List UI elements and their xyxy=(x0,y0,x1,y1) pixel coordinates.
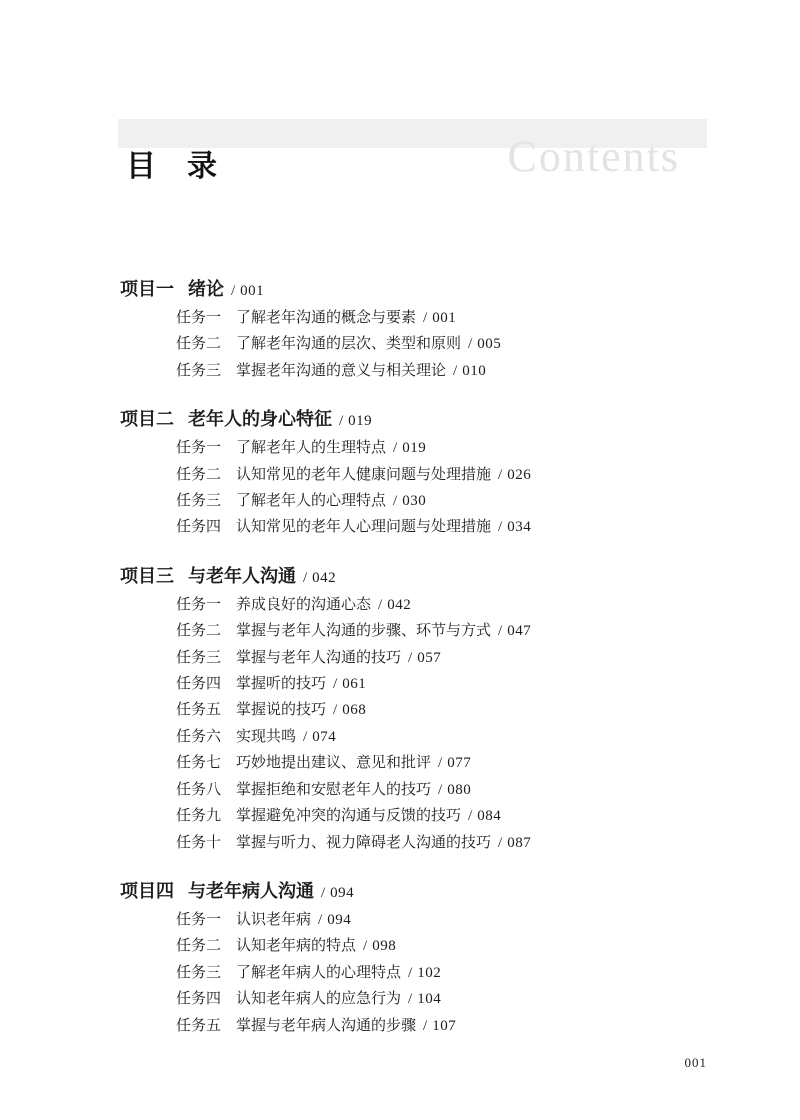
task-title: 掌握拒绝和安慰老年人的技巧 xyxy=(236,781,431,798)
task-page-number: 042 xyxy=(387,597,411,613)
task-page-number: 098 xyxy=(372,938,396,954)
task-label: 任务二 xyxy=(176,937,221,954)
task-page-number: 084 xyxy=(477,808,501,824)
task-page-number: 104 xyxy=(417,991,441,1007)
section-row: 项目二老年人的身心特征/019 xyxy=(120,406,720,435)
task-row: 任务一养成良好的沟通心态/042 xyxy=(120,592,720,618)
page-separator: / xyxy=(423,1018,427,1034)
section-label: 项目三 xyxy=(120,566,174,586)
section-label: 项目一 xyxy=(120,279,174,299)
task-title: 掌握与老年人沟通的步骤、环节与方式 xyxy=(236,622,491,639)
page-separator: / xyxy=(231,283,235,299)
page-separator: / xyxy=(423,310,427,326)
section-page-number: 001 xyxy=(240,283,264,299)
page-separator: / xyxy=(438,755,442,771)
task-title: 掌握说的技巧 xyxy=(236,701,326,718)
page-separator: / xyxy=(363,938,367,954)
page-separator: / xyxy=(438,782,442,798)
task-row: 任务五掌握与老年病人沟通的步骤/107 xyxy=(120,1013,720,1039)
task-row: 任务二认知老年病的特点/098 xyxy=(120,933,720,959)
section-page-number: 094 xyxy=(330,885,354,901)
task-label: 任务四 xyxy=(176,990,221,1007)
task-title: 认知老年病人的应急行为 xyxy=(236,990,401,1007)
task-page-number: 102 xyxy=(417,965,441,981)
task-label: 任务一 xyxy=(176,309,221,326)
task-title: 养成良好的沟通心态 xyxy=(236,596,371,613)
task-row: 任务十掌握与听力、视力障碍老人沟通的技巧/087 xyxy=(120,830,720,856)
task-label: 任务六 xyxy=(176,728,221,745)
task-label: 任务八 xyxy=(176,781,221,798)
task-title: 掌握与老年病人沟通的步骤 xyxy=(236,1017,416,1034)
task-title: 认知常见的老年人心理问题与处理措施 xyxy=(236,518,491,535)
task-page-number: 001 xyxy=(432,310,456,326)
task-label: 任务二 xyxy=(176,622,221,639)
task-title: 掌握听的技巧 xyxy=(236,675,326,692)
footer-page-number: 001 xyxy=(685,1055,708,1071)
page-title: 目 录 xyxy=(126,150,217,183)
task-title: 掌握与老年人沟通的技巧 xyxy=(236,649,401,666)
page-separator: / xyxy=(378,597,382,613)
task-title: 认知老年病的特点 xyxy=(236,937,356,954)
task-row: 任务八掌握拒绝和安慰老年人的技巧/080 xyxy=(120,777,720,803)
page-separator: / xyxy=(498,623,502,639)
task-title: 掌握老年沟通的意义与相关理论 xyxy=(236,362,446,379)
task-page-number: 057 xyxy=(417,650,441,666)
page-separator: / xyxy=(408,650,412,666)
task-row: 任务一了解老年沟通的概念与要素/001 xyxy=(120,305,720,331)
task-row: 任务二了解老年沟通的层次、类型和原则/005 xyxy=(120,331,720,357)
task-title: 认知常见的老年人健康问题与处理措施 xyxy=(236,466,491,483)
page-title-char: 录 xyxy=(187,150,217,183)
task-label: 任务七 xyxy=(176,754,221,771)
task-page-number: 005 xyxy=(477,336,501,352)
page-separator: / xyxy=(318,912,322,928)
task-row: 任务五掌握说的技巧/068 xyxy=(120,697,720,723)
task-page-number: 061 xyxy=(342,676,366,692)
task-page-number: 080 xyxy=(447,782,471,798)
task-row: 任务六实现共鸣/074 xyxy=(120,724,720,750)
task-label: 任务二 xyxy=(176,466,221,483)
task-page-number: 087 xyxy=(507,835,531,851)
task-row: 任务七巧妙地提出建议、意见和批评/077 xyxy=(120,750,720,776)
page-separator: / xyxy=(303,570,307,586)
task-page-number: 047 xyxy=(507,623,531,639)
task-label: 任务三 xyxy=(176,362,221,379)
page-separator: / xyxy=(321,885,325,901)
page-title-english: Contents xyxy=(508,135,680,179)
section-row: 项目四与老年病人沟通/094 xyxy=(120,878,720,907)
page-separator: / xyxy=(333,702,337,718)
task-label: 任务四 xyxy=(176,518,221,535)
section-title: 绪论 xyxy=(188,279,224,299)
page-separator: / xyxy=(339,413,343,429)
task-page-number: 074 xyxy=(312,729,336,745)
task-row: 任务九掌握避免冲突的沟通与反馈的技巧/084 xyxy=(120,803,720,829)
section-row: 项目一绪论/001 xyxy=(120,276,720,305)
section-label: 项目四 xyxy=(120,881,174,901)
task-title: 了解老年沟通的层次、类型和原则 xyxy=(236,335,461,352)
task-label: 任务九 xyxy=(176,807,221,824)
task-label: 任务三 xyxy=(176,492,221,509)
page-separator: / xyxy=(498,835,502,851)
task-row: 任务三掌握与老年人沟通的技巧/057 xyxy=(120,645,720,671)
task-row: 任务四掌握听的技巧/061 xyxy=(120,671,720,697)
task-label: 任务三 xyxy=(176,964,221,981)
task-page-number: 019 xyxy=(402,440,426,456)
task-page-number: 094 xyxy=(327,912,351,928)
task-label: 任务五 xyxy=(176,701,221,718)
task-title: 巧妙地提出建议、意见和批评 xyxy=(236,754,431,771)
page-separator: / xyxy=(303,729,307,745)
page-separator: / xyxy=(333,676,337,692)
task-label: 任务五 xyxy=(176,1017,221,1034)
task-title: 了解老年人的心理特点 xyxy=(236,492,386,509)
page-title-char: 目 xyxy=(126,150,156,183)
toc-page: 目 录 Contents 项目一绪论/001 任务一了解老年沟通的概念与要素/0… xyxy=(0,0,800,1120)
task-title: 了解老年病人的心理特点 xyxy=(236,964,401,981)
task-label: 任务十 xyxy=(176,834,221,851)
section-row: 项目三与老年人沟通/042 xyxy=(120,563,720,592)
page-separator: / xyxy=(468,808,472,824)
task-label: 任务一 xyxy=(176,439,221,456)
page-separator: / xyxy=(408,965,412,981)
task-row: 任务一认识老年病/094 xyxy=(120,907,720,933)
section-page-number: 042 xyxy=(312,570,336,586)
task-page-number: 068 xyxy=(342,702,366,718)
section-title: 与老年人沟通 xyxy=(188,566,296,586)
page-separator: / xyxy=(468,336,472,352)
task-row: 任务二认知常见的老年人健康问题与处理措施/026 xyxy=(120,462,720,488)
page-separator: / xyxy=(393,440,397,456)
page-separator: / xyxy=(393,493,397,509)
task-row: 任务二掌握与老年人沟通的步骤、环节与方式/047 xyxy=(120,618,720,644)
task-title: 掌握与听力、视力障碍老人沟通的技巧 xyxy=(236,834,491,851)
task-row: 任务三掌握老年沟通的意义与相关理论/010 xyxy=(120,358,720,384)
task-label: 任务二 xyxy=(176,335,221,352)
task-title: 认识老年病 xyxy=(236,911,311,928)
task-row: 任务四认知常见的老年人心理问题与处理措施/034 xyxy=(120,514,720,540)
section-label: 项目二 xyxy=(120,409,174,429)
task-row: 任务一了解老年人的生理特点/019 xyxy=(120,435,720,461)
task-title: 了解老年沟通的概念与要素 xyxy=(236,309,416,326)
table-of-contents: 项目一绪论/001 任务一了解老年沟通的概念与要素/001 任务二了解老年沟通的… xyxy=(120,276,720,1039)
section-title: 老年人的身心特征 xyxy=(188,409,332,429)
task-label: 任务一 xyxy=(176,911,221,928)
section-page-number: 019 xyxy=(348,413,372,429)
task-page-number: 107 xyxy=(432,1018,456,1034)
page-separator: / xyxy=(498,519,502,535)
task-title: 了解老年人的生理特点 xyxy=(236,439,386,456)
task-page-number: 026 xyxy=(507,467,531,483)
task-page-number: 010 xyxy=(462,363,486,379)
task-page-number: 030 xyxy=(402,493,426,509)
task-page-number: 034 xyxy=(507,519,531,535)
task-page-number: 077 xyxy=(447,755,471,771)
task-row: 任务三了解老年病人的心理特点/102 xyxy=(120,960,720,986)
task-title: 掌握避免冲突的沟通与反馈的技巧 xyxy=(236,807,461,824)
task-label: 任务四 xyxy=(176,675,221,692)
task-title: 实现共鸣 xyxy=(236,728,296,745)
task-row: 任务三了解老年人的心理特点/030 xyxy=(120,488,720,514)
task-row: 任务四认知老年病人的应急行为/104 xyxy=(120,986,720,1012)
page-separator: / xyxy=(498,467,502,483)
task-label: 任务三 xyxy=(176,649,221,666)
section-title: 与老年病人沟通 xyxy=(188,881,314,901)
page-separator: / xyxy=(408,991,412,1007)
page-separator: / xyxy=(453,363,457,379)
task-label: 任务一 xyxy=(176,596,221,613)
